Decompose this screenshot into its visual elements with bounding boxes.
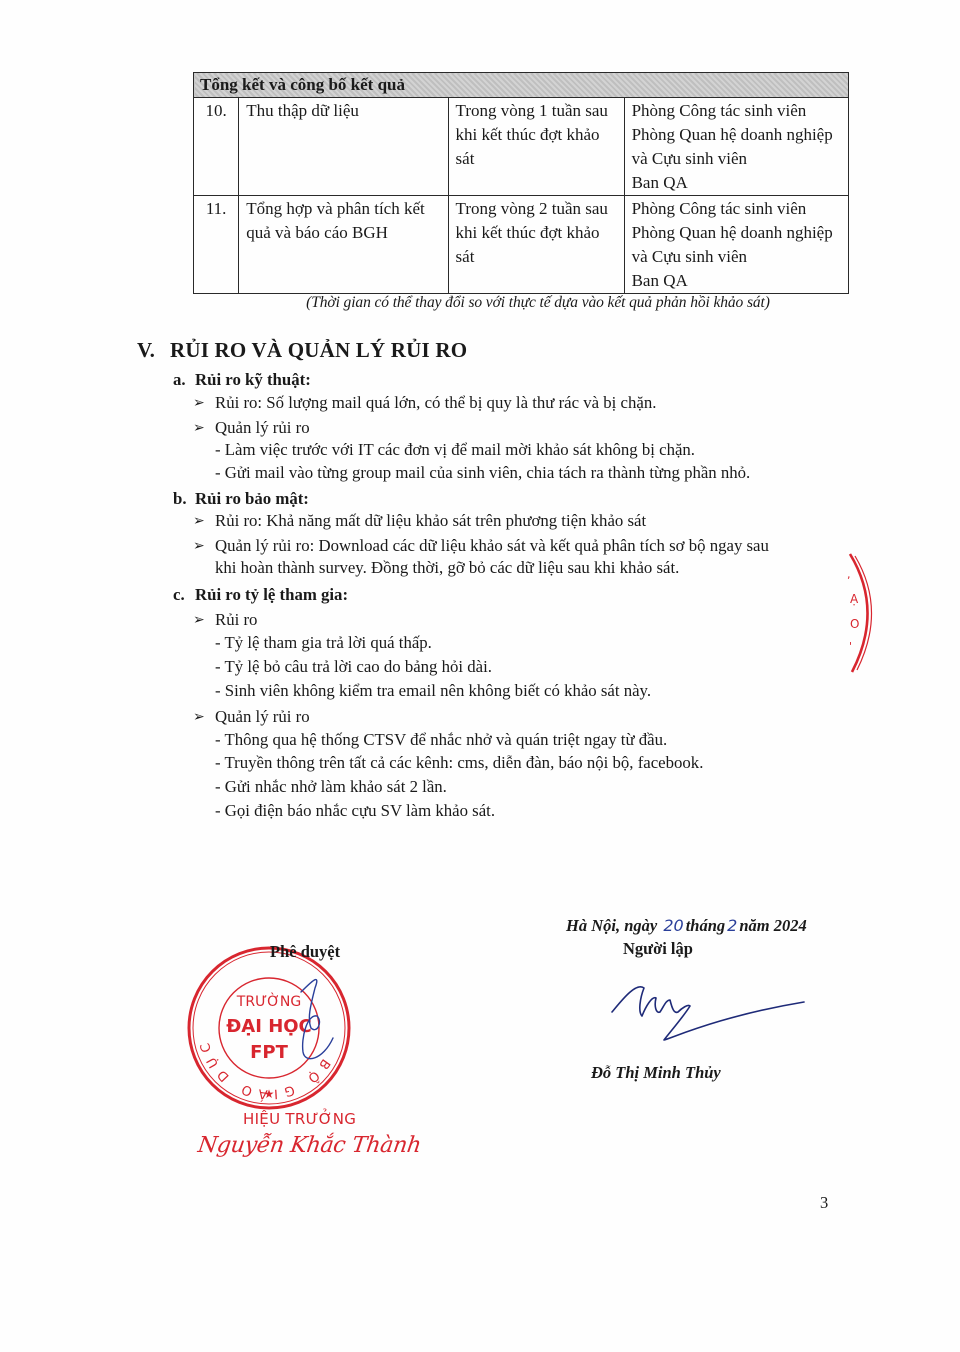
- row-number: 10.: [194, 98, 239, 196]
- bullet-item: ➢Quản lý rủi ro: [193, 706, 310, 730]
- bullet-text: Quản lý rủi ro: [215, 418, 310, 437]
- page-number: 3: [820, 1193, 828, 1213]
- school-seal-stamp: BỘ GIÁO DỤC VÀ ĐÀO TẠO TRƯỜNG ĐẠI HỌC FP…: [183, 942, 355, 1114]
- subsection-heading-c: c.Rủi ro tỷ lệ tham gia:: [173, 584, 348, 606]
- svg-text:,: ,: [847, 568, 851, 581]
- arrow-bullet-icon: ➢: [193, 707, 215, 729]
- owner-line: Ban QA: [632, 171, 841, 195]
- bullet-item: ➢Quản lý rủi ro: [193, 417, 310, 441]
- row-owner: Phòng Công tác sinh viên Phòng Quan hệ d…: [624, 98, 848, 196]
- bullet-item: ➢Rủi ro: Khả năng mất dữ liệu khảo sát t…: [193, 510, 646, 534]
- row-time: Trong vòng 2 tuần sau khi kết thúc đợt k…: [448, 196, 624, 294]
- arrow-bullet-icon: ➢: [193, 511, 215, 533]
- table-note: (Thời gian có thể thay đổi so với thực t…: [193, 294, 883, 312]
- row-task: Thu thập dữ liệu: [239, 98, 448, 196]
- bullet-item: ➢Rủi ro: Số lượng mail quá lớn, có thể b…: [193, 392, 656, 416]
- svg-text:O: O: [850, 617, 859, 631]
- dash-item: - Tỷ lệ bỏ câu trả lời cao do bảng hỏi d…: [215, 656, 492, 678]
- svg-text:★: ★: [264, 1087, 275, 1101]
- dash-item: - Làm việc trước với IT các đơn vị để ma…: [215, 439, 695, 461]
- owner-line: Phòng Công tác sinh viên: [632, 197, 841, 221]
- dash-item: - Tỷ lệ tham gia trả lời quá thấp.: [215, 632, 432, 654]
- arrow-bullet-icon: ➢: [193, 393, 215, 415]
- subsection-title: Rủi ro kỹ thuật:: [195, 370, 311, 389]
- table-group-header: Tổng kết và công bố kết quả: [194, 73, 849, 98]
- handwritten-month: 2: [725, 916, 739, 935]
- subsection-letter: b.: [173, 488, 195, 510]
- bullet-item: ➢Quản lý rủi ro: Download các dữ liệu kh…: [193, 535, 769, 559]
- subsection-title: Rủi ro bảo mật:: [195, 489, 309, 508]
- preparer-label: Người lập: [623, 939, 693, 959]
- document-page: Tổng kết và công bố kết quả 10. Thu thập…: [0, 0, 960, 1352]
- bullet-continuation: khi hoàn thành survey. Đồng thời, gỡ bỏ …: [215, 557, 679, 579]
- owner-line: Ban QA: [632, 269, 841, 293]
- subsection-title: Rủi ro tỷ lệ tham gia:: [195, 585, 348, 604]
- svg-text:Ạ: Ạ: [850, 592, 859, 606]
- svg-text:': ': [849, 640, 852, 653]
- arrow-bullet-icon: ➢: [193, 536, 215, 558]
- bullet-text: Rủi ro: Số lượng mail quá lớn, có thể bị…: [215, 393, 656, 412]
- edge-seal-stamp: , Ạ O ': [838, 548, 882, 678]
- dash-item: - Gửi nhắc nhở làm khảo sát 2 lần.: [215, 776, 447, 798]
- svg-text:FPT: FPT: [250, 1042, 288, 1063]
- subsection-letter: c.: [173, 584, 195, 606]
- row-number: 11.: [194, 196, 239, 294]
- handwritten-day: 20: [661, 916, 685, 935]
- preparer-name: Đỗ Thị Minh Thủy: [591, 1063, 721, 1083]
- schedule-table: Tổng kết và công bố kết quả 10. Thu thập…: [193, 72, 849, 294]
- arrow-bullet-icon: ➢: [193, 610, 215, 632]
- subsection-heading-a: a.Rủi ro kỹ thuật:: [173, 369, 311, 391]
- group-title: Tổng kết và công bố kết quả: [194, 73, 849, 98]
- section-title: RỦI RO VÀ QUẢN LÝ RỦI RO: [170, 338, 467, 362]
- bullet-text: Quản lý rủi ro: Download các dữ liệu khả…: [215, 536, 769, 555]
- dash-item: - Sinh viên không kiểm tra email nên khô…: [215, 680, 651, 702]
- dash-item: - Gửi mail vào từng group mail của sinh …: [215, 462, 750, 484]
- dash-item: - Thông qua hệ thống CTSV để nhắc nhở và…: [215, 729, 667, 751]
- section-number: V.: [137, 338, 170, 363]
- bullet-text: Quản lý rủi ro: [215, 707, 310, 726]
- month-label: tháng: [686, 916, 725, 935]
- bullet-text: Rủi ro: Khả năng mất dữ liệu khảo sát tr…: [215, 511, 646, 530]
- svg-text:TRƯỜNG: TRƯỜNG: [236, 992, 301, 1010]
- section-heading: V.RỦI RO VÀ QUẢN LÝ RỦI RO: [137, 338, 467, 363]
- table-row: 10. Thu thập dữ liệu Trong vòng 1 tuần s…: [194, 98, 849, 196]
- subsection-heading-b: b.Rủi ro bảo mật:: [173, 488, 309, 510]
- table-row: 11. Tổng hợp và phân tích kết quả và báo…: [194, 196, 849, 294]
- date-line: Hà Nội, ngày 20tháng2năm 2024: [566, 916, 807, 936]
- dash-item: - Truyền thông trên tất cả các kênh: cms…: [215, 752, 703, 774]
- bullet-item: ➢Rủi ro: [193, 609, 257, 633]
- bullet-text: Rủi ro: [215, 610, 257, 629]
- subsection-letter: a.: [173, 369, 195, 391]
- row-time: Trong vòng 1 tuần sau khi kết thúc đợt k…: [448, 98, 624, 196]
- preparer-signature: [600, 970, 820, 1050]
- approve-label: Phê duyệt: [270, 942, 340, 962]
- owner-line: Phòng Công tác sinh viên: [632, 99, 841, 123]
- svg-text:ĐẠI HỌC: ĐẠI HỌC: [226, 1016, 312, 1037]
- row-task: Tổng hợp và phân tích kết quả và báo cáo…: [239, 196, 448, 294]
- date-prefix: Hà Nội, ngày: [566, 916, 661, 935]
- row-owner: Phòng Công tác sinh viên Phòng Quan hệ d…: [624, 196, 848, 294]
- owner-line: Phòng Quan hệ doanh nghiệp và Cựu sinh v…: [632, 221, 841, 269]
- principal-name: Nguyễn Khắc Thành: [196, 1133, 422, 1158]
- arrow-bullet-icon: ➢: [193, 418, 215, 440]
- year-label: năm 2024: [739, 916, 806, 935]
- dash-item: - Gọi điện báo nhắc cựu SV làm khảo sát.: [215, 800, 495, 822]
- owner-line: Phòng Quan hệ doanh nghiệp và Cựu sinh v…: [632, 123, 841, 171]
